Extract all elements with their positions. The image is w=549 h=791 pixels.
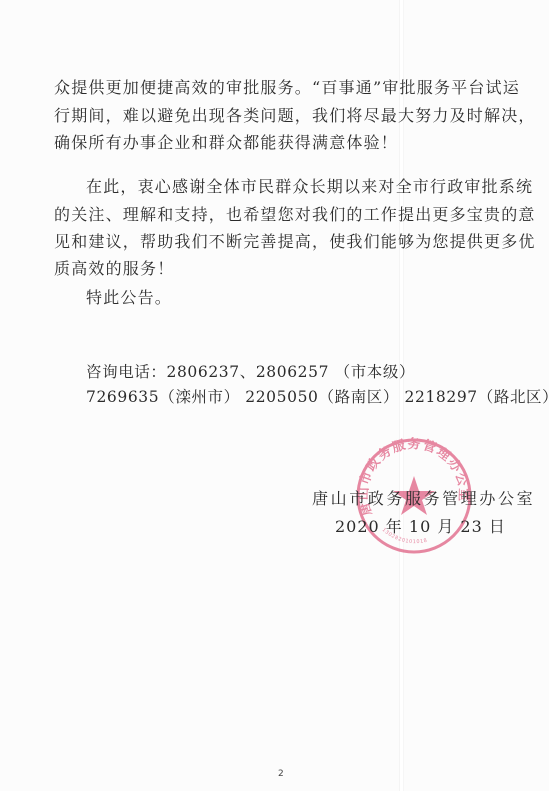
contact-line-2: 7269635（滦州市） 2205050（路南区） 2218297（路北区） bbox=[86, 387, 549, 407]
paragraph-1-line-3: 确保所有办事企业和群众都能获得满意体验！ bbox=[54, 133, 398, 153]
paragraph-1-line-2: 行期间，难以避免出现各类问题，我们将尽最大努力及时解决， bbox=[54, 106, 536, 126]
issue-date: 2020 年 10 月 23 日 bbox=[335, 517, 506, 537]
issuing-organization: 唐山市政务服务管理办公室 bbox=[312, 489, 535, 509]
paragraph-2-line-4: 质高效的服务！ bbox=[54, 259, 174, 279]
page-number: 2 bbox=[278, 769, 284, 779]
paragraph-2-line-2: 的关注、理解和支持，也希望您对我们的工作提出更多宝贵的意 bbox=[54, 205, 536, 225]
paragraph-2-line-1: 在此，衷心感谢全体市民群众长期以来对全市行政审批系统 bbox=[86, 177, 533, 197]
paragraph-1-line-1: 众提供更加便捷高效的审批服务。“百事通”审批服务平台试运 bbox=[54, 78, 520, 98]
contact-line-1: 咨询电话：2806237、2806257 （市本级） bbox=[86, 362, 415, 382]
paragraph-2-line-3: 见和建议，帮助我们不断完善提高，使我们能够为您提供更多优 bbox=[54, 232, 536, 252]
closing-statement: 特此公告。 bbox=[86, 288, 172, 308]
